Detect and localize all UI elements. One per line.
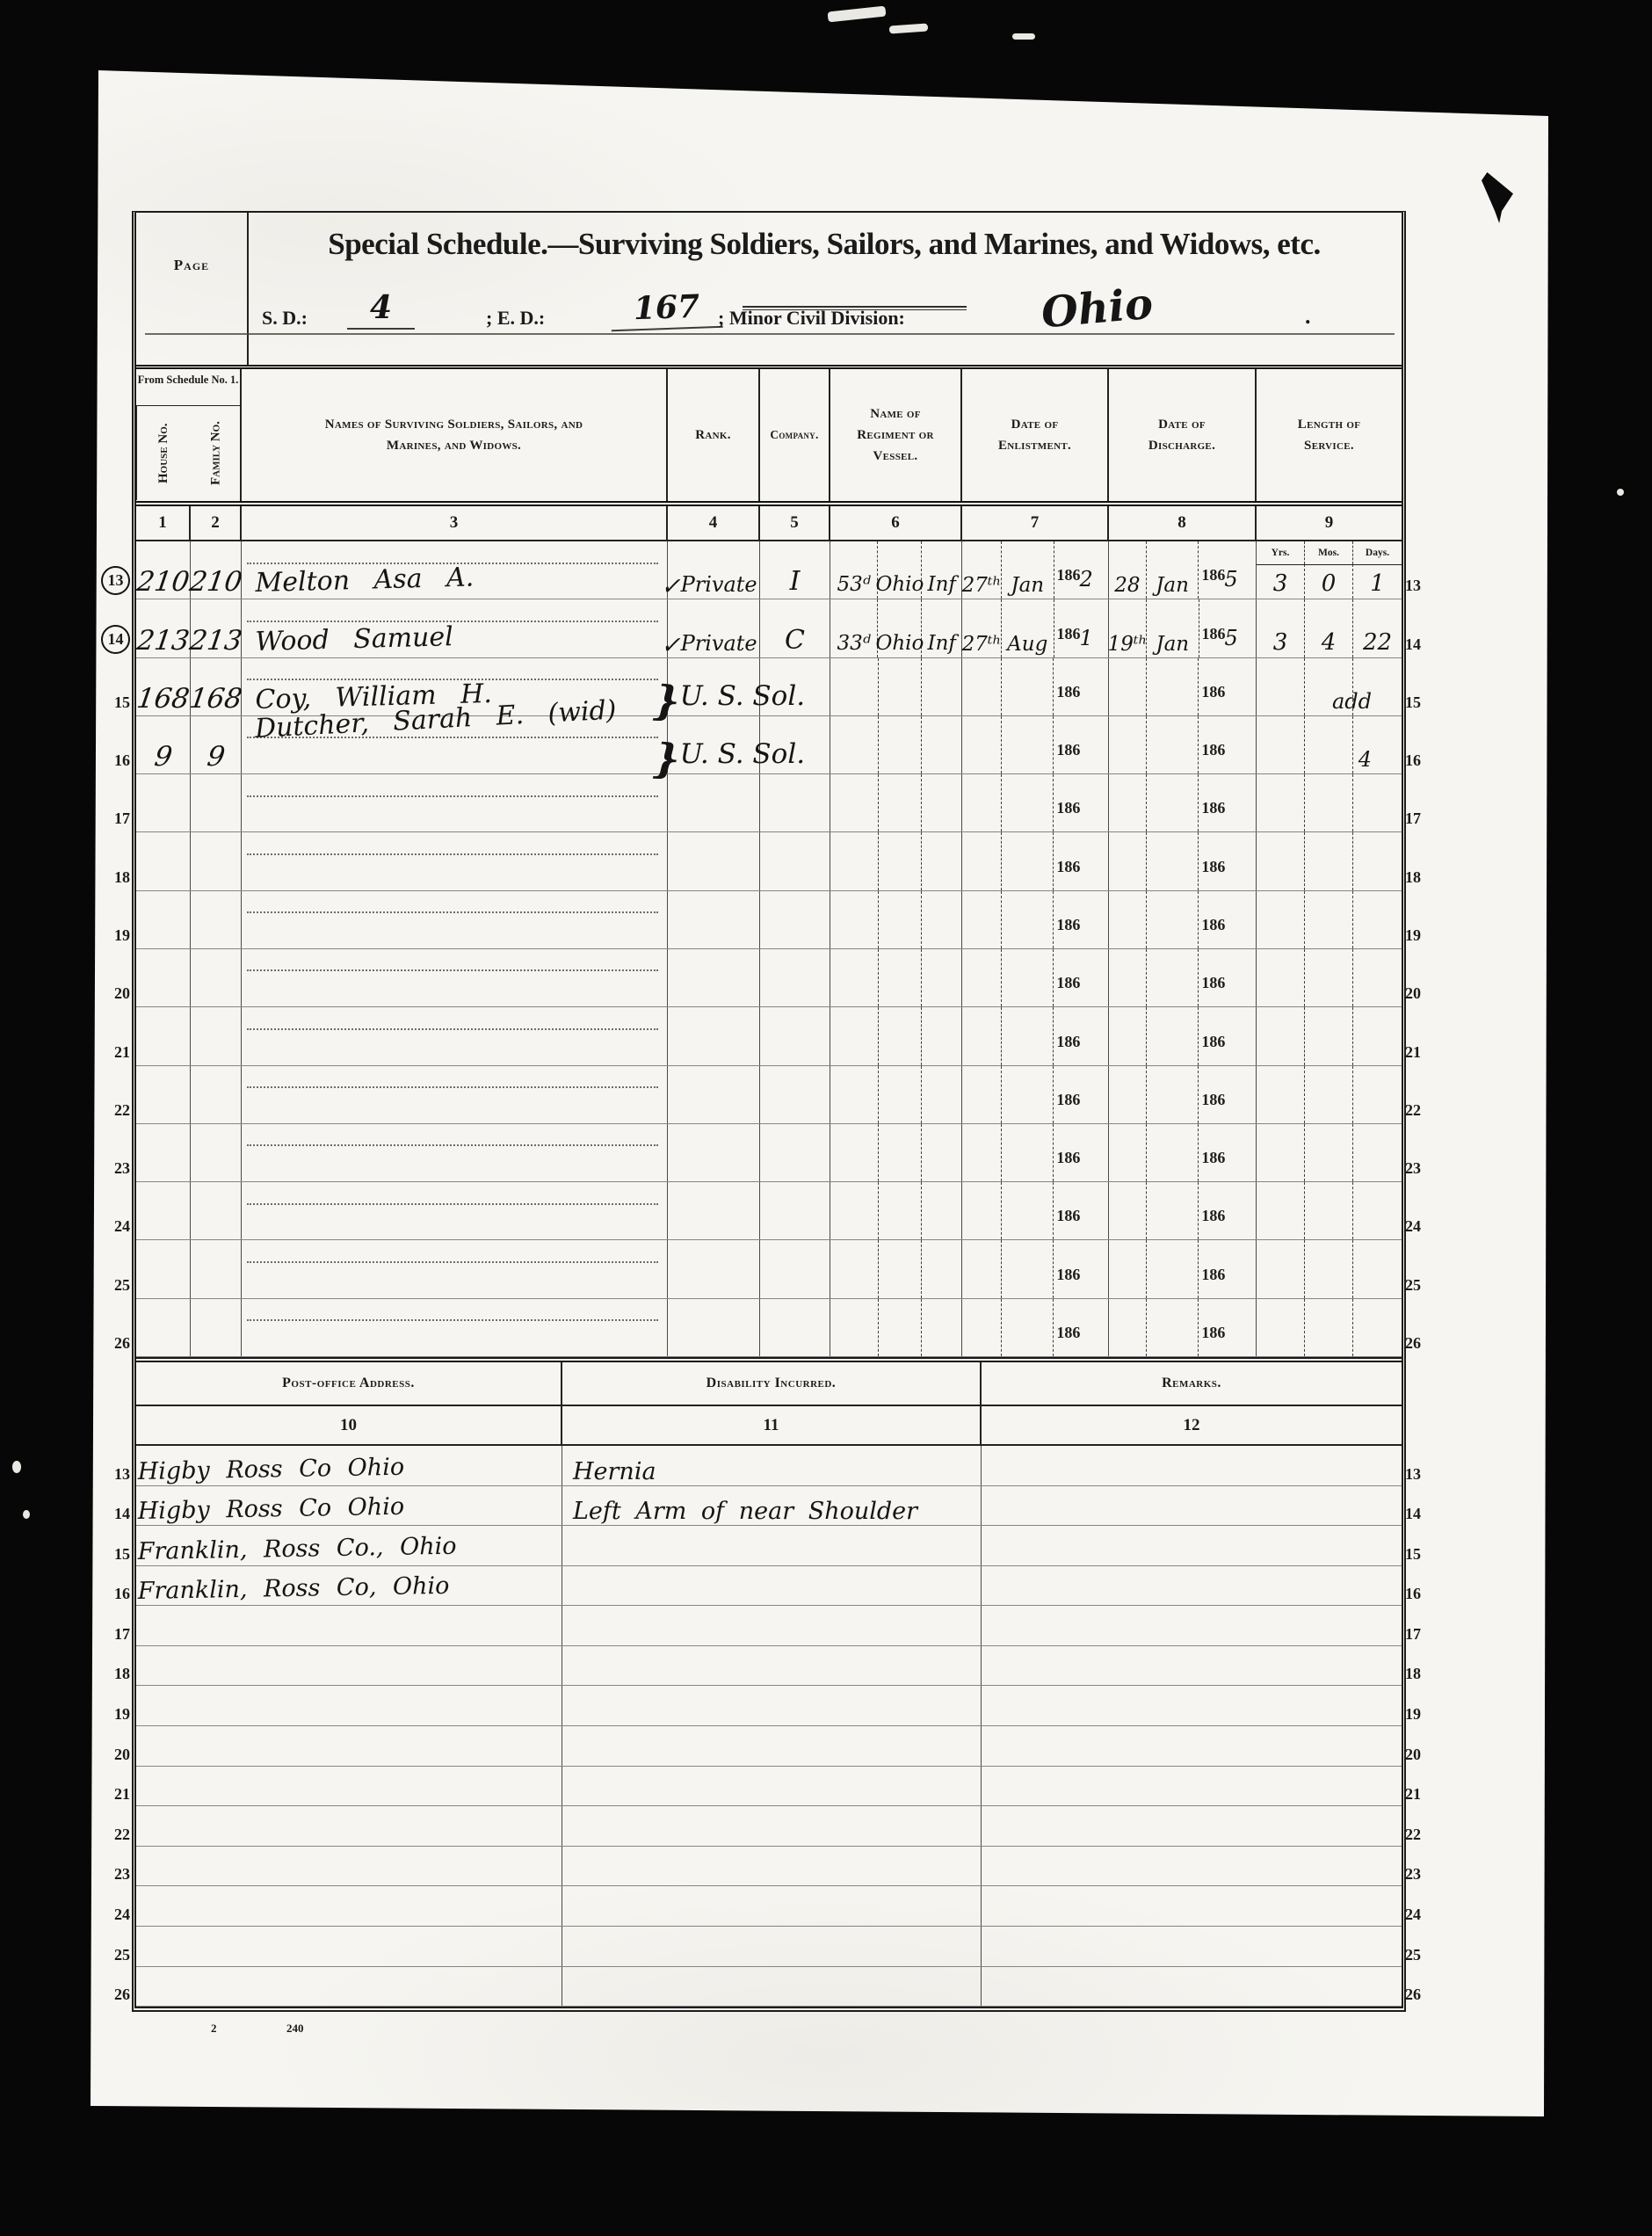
row-number-left: 21 <box>91 1043 130 1062</box>
discharge-month-subcell <box>1147 832 1199 889</box>
regiment-type: Inf <box>928 632 956 657</box>
preprinted-186: 186 <box>1201 916 1225 948</box>
row-number-left: 13 <box>91 566 130 595</box>
preprinted-186: 186 <box>1056 1091 1080 1123</box>
family-no-cell <box>191 1066 242 1123</box>
table-row: 14 213 213 Wood Samuel ✓Private C 33ᵈ Oh… <box>136 599 1402 657</box>
enlist-month-subcell <box>1002 1066 1054 1123</box>
table-row: 26 186 <box>136 1299 1402 1357</box>
name-cell <box>242 949 668 1006</box>
row-number: 22 <box>114 1101 130 1119</box>
name-cell: Wood Samuel <box>242 599 668 657</box>
family-no-value: 210 <box>187 566 243 599</box>
company-cell <box>760 1007 830 1064</box>
enlist-month-subcell: Jan <box>1002 541 1054 599</box>
disability-cell <box>562 1686 982 1725</box>
row-number-right: 13 <box>1405 577 1442 595</box>
family-no-cell <box>191 891 242 948</box>
family-no-cell: 210 <box>191 541 242 599</box>
service-days-subcell <box>1353 1182 1402 1239</box>
house-no-cell <box>136 1240 191 1297</box>
regiment-type-subcell <box>922 1124 961 1181</box>
house-no-cell: 213 <box>136 599 191 657</box>
service-days-subcell <box>1353 1066 1402 1123</box>
enlist-year-subcell: 186 <box>1054 832 1108 889</box>
discharge-date-cell: 186 <box>1109 1240 1257 1297</box>
disability-cell <box>562 1847 982 1886</box>
discharge-day-subcell: 28 <box>1109 541 1147 599</box>
discharge-date-cell: 186 <box>1109 1066 1257 1123</box>
enlist-year-subcell: 186 <box>1054 1066 1108 1123</box>
disability-cell <box>562 1646 982 1686</box>
enlistment-caption-line2: Enlistment. <box>998 435 1071 456</box>
post-office-address-cell <box>136 1646 562 1686</box>
preprinted-186: 186 <box>1201 566 1225 599</box>
row-number-right: 14 <box>1405 1505 1442 1523</box>
row-number-left: 22 <box>91 1826 130 1844</box>
row-number-left: 23 <box>91 1865 130 1884</box>
row-number: 26 <box>114 1334 130 1352</box>
enlistment-date-cell: 186 <box>962 1066 1109 1123</box>
regiment-type-subcell <box>922 1299 961 1356</box>
post-office-address-cell: Higby Ross Co Ohio <box>136 1446 562 1485</box>
enlist-year-subcell: 186 <box>1054 949 1108 1006</box>
regiment-cell <box>830 1124 962 1181</box>
enlist-year-digit: 1 <box>1080 626 1093 657</box>
service-days-subcell <box>1353 774 1402 831</box>
enlist-month-subcell <box>1002 716 1054 773</box>
family-no-cell <box>191 949 242 1006</box>
discharge-day-subcell <box>1109 1182 1147 1239</box>
main-data-grid: Yrs. Mos. Days. 13 210 210 Melton Asa A.… <box>136 541 1402 1362</box>
length-of-service-cell <box>1257 1240 1402 1297</box>
row-number-left: 18 <box>91 868 130 887</box>
column-number-6: 6 <box>830 506 962 540</box>
enlist-day-subcell <box>962 1299 1002 1356</box>
service-years: 3 <box>1273 629 1288 657</box>
regiment-cell <box>830 832 962 889</box>
post-office-address-cell <box>136 1927 562 1966</box>
enlistment-caption-line1: Date of <box>1011 414 1059 435</box>
enlist-day-subcell <box>962 1124 1002 1181</box>
table-row: 17 186 <box>136 774 1402 832</box>
table-row: 20 186 <box>136 949 1402 1007</box>
service-days-subcell <box>1353 949 1402 1006</box>
disability-cell <box>562 1606 982 1645</box>
service-years-subcell <box>1257 949 1305 1006</box>
row-number-left: 14 <box>91 1505 130 1523</box>
enlist-month-subcell <box>1002 1124 1054 1181</box>
rank-cell <box>668 1007 760 1064</box>
row-number-right: 25 <box>1405 1946 1442 1964</box>
remarks-cell <box>982 1526 1402 1565</box>
house-no-cell <box>136 1182 191 1239</box>
service-years-subcell <box>1257 716 1305 773</box>
length-of-service-cell <box>1257 774 1402 831</box>
discharge-year-subcell: 186 <box>1199 1066 1256 1123</box>
name-cell <box>242 832 668 889</box>
column-number-7: 7 <box>962 506 1109 540</box>
regiment-caption-line1: Name of <box>870 403 921 425</box>
veterans-schedule-table: Page Special Schedule.—Surviving Soldier… <box>132 211 1406 2012</box>
bottom-table-row: 23 23 <box>136 1847 1402 1887</box>
company-cell <box>760 832 830 889</box>
family-no-cell <box>191 1124 242 1181</box>
disability-cell <box>562 1886 982 1926</box>
house-no-value: 9 <box>152 741 174 773</box>
preprinted-186: 186 <box>1056 1033 1080 1065</box>
remarks-cell <box>982 1686 1402 1725</box>
row-number-left: 19 <box>91 926 130 945</box>
house-no-cell <box>136 832 191 889</box>
row-number: 16 <box>114 751 130 769</box>
enlist-day-subcell: 27ᵗʰ <box>962 599 1002 657</box>
bottom-table-row: 16 Franklin, Ross Co, Ohio 16 <box>136 1566 1402 1607</box>
enlistment-date-cell: 186 <box>962 1182 1109 1239</box>
discharge-month-subcell <box>1147 716 1199 773</box>
column-header-regiment: Name of Regiment or Vessel. <box>830 369 962 501</box>
regiment-caption-line2: Regiment or Vessel. <box>834 425 957 467</box>
length-caption-line2: Service. <box>1304 435 1354 456</box>
rank-cell: }U. S. Sol. <box>668 716 760 773</box>
film-scratch <box>1012 33 1035 40</box>
discharge-date-cell: 19ᵗʰ Jan 1865 <box>1109 599 1257 657</box>
rank-cell <box>668 1182 760 1239</box>
preprinted-186: 186 <box>1201 799 1225 831</box>
service-years-subcell <box>1257 1299 1305 1356</box>
post-office-address-cell: Franklin, Ross Co, Ohio <box>136 1566 562 1606</box>
post-office-address-cell <box>136 1606 562 1645</box>
service-months-subcell <box>1305 1299 1353 1356</box>
enlist-year-digit: 2 <box>1080 567 1093 599</box>
discharge-month-subcell: Jan <box>1147 599 1199 657</box>
discharge-day-subcell <box>1109 774 1147 831</box>
regiment-number-subcell: 53ᵈ <box>830 541 878 599</box>
regiment-state: Ohio <box>876 632 924 657</box>
enlist-year-subcell: 186 <box>1054 891 1108 948</box>
preprinted-186: 186 <box>1201 683 1225 715</box>
mcd-label: ; Minor Civil Division: <box>718 307 905 330</box>
enlist-month-subcell <box>1002 891 1054 948</box>
row-number-right: 23 <box>1405 1865 1442 1884</box>
discharge-month-subcell <box>1147 658 1199 715</box>
discharge-date-cell: 186 <box>1109 832 1257 889</box>
house-family-group: House No. Family No. <box>136 406 240 500</box>
disability-cell: Hernia <box>562 1446 982 1485</box>
discharge-year-subcell: 186 <box>1199 716 1256 773</box>
service-years-subcell <box>1257 832 1305 889</box>
rank-value: U. S. Sol. <box>680 738 806 773</box>
veteran-name: Melton Asa A. <box>255 563 475 599</box>
preprinted-186: 186 <box>1056 916 1080 948</box>
length-of-service-cell <box>1257 1007 1402 1064</box>
discharge-year-digit: 5 <box>1225 626 1238 657</box>
row-number-right: 19 <box>1405 1705 1442 1724</box>
preprinted-186: 186 <box>1201 858 1225 890</box>
preprinted-186: 186 <box>1201 1266 1225 1298</box>
length-of-service-cell <box>1257 832 1402 889</box>
discharge-year-subcell: 186 <box>1199 1182 1256 1239</box>
post-office-address-cell <box>136 1967 562 2007</box>
enlist-day: 27ᵗʰ <box>962 574 1002 599</box>
enlist-month-subcell: Aug <box>1002 599 1054 657</box>
column-number-2: 2 <box>191 506 242 540</box>
discharge-caption-line2: Discharge. <box>1148 435 1215 456</box>
enlistment-date-cell: 186 <box>962 949 1109 1006</box>
regiment-number: 53ᵈ <box>837 573 870 599</box>
address-value: Higby Ross Co Ohio <box>137 1493 404 1525</box>
regiment-state-subcell <box>879 1124 923 1181</box>
regiment-cell <box>830 774 962 831</box>
discharge-day: 28 <box>1114 574 1140 599</box>
row-number-left: 15 <box>91 693 130 712</box>
veteran-name: Wood Samuel <box>255 621 453 657</box>
column-number-5: 5 <box>760 506 830 540</box>
family-no-cell <box>191 1182 242 1239</box>
regiment-cell <box>830 1182 962 1239</box>
enlist-year-subcell: 186 <box>1054 1299 1108 1356</box>
remarks-cell <box>982 1566 1402 1606</box>
discharge-year-subcell: 186 <box>1199 949 1256 1006</box>
disability-value: Left Arm of near Shoulder <box>573 1498 917 1525</box>
service-days-subcell <box>1353 832 1402 889</box>
preprinted-186: 186 <box>1056 741 1080 773</box>
enlist-year-subcell: 186 <box>1054 658 1108 715</box>
preprinted-186: 186 <box>1202 625 1226 657</box>
discharge-month-subcell <box>1147 1299 1199 1356</box>
row-number-right: 20 <box>1405 984 1442 1003</box>
column-number-1: 1 <box>136 506 191 540</box>
regiment-state-subcell <box>879 774 923 831</box>
regiment-state-subcell: Ohio <box>878 599 922 657</box>
service-months-subcell <box>1305 1240 1353 1297</box>
bottom-number-row: 10 11 12 <box>136 1406 1402 1446</box>
discharge-month-subcell <box>1147 1240 1199 1297</box>
discharge-month-subcell <box>1147 1007 1199 1064</box>
discharge-day-subcell <box>1109 1299 1147 1356</box>
ed-label: ; E. D.: <box>486 307 545 330</box>
row-number-left: 17 <box>91 809 130 828</box>
column-number-10: 10 <box>136 1406 562 1444</box>
remarks-cell <box>982 1927 1402 1966</box>
discharge-day-subcell <box>1109 1124 1147 1181</box>
family-no-value: 9 <box>205 741 227 773</box>
preprinted-186: 186 <box>1056 858 1080 890</box>
regiment-cell <box>830 1007 962 1064</box>
scanned-census-page: { "colors": { "paper": "#f6f5f1", "ink":… <box>0 0 1652 2236</box>
regiment-state-subcell <box>879 891 923 948</box>
enlist-day: 27ᵗʰ <box>962 633 1002 657</box>
table-row: 23 186 <box>136 1124 1402 1182</box>
name-cell <box>242 1007 668 1064</box>
enlistment-date-cell: 27ᵗʰ Jan 1862 <box>962 541 1109 599</box>
bottom-table-row: 24 24 <box>136 1886 1402 1927</box>
table-row: 15 add 168 168 Coy, William H. }U. S. So… <box>136 658 1402 716</box>
table-row: 21 186 <box>136 1007 1402 1065</box>
discharge-day-subcell <box>1109 832 1147 889</box>
service-years-subcell <box>1257 1182 1305 1239</box>
table-row: 25 186 <box>136 1240 1402 1298</box>
row-number-left: 19 <box>91 1705 130 1724</box>
row-number-left: 20 <box>91 984 130 1003</box>
regiment-number-subcell <box>830 1124 879 1181</box>
company-cell <box>760 1066 830 1123</box>
margin-annotation: add <box>1332 689 1372 714</box>
column-header-remarks: Remarks. <box>982 1362 1402 1405</box>
preprinted-186: 186 <box>1056 683 1080 715</box>
discharge-month-subcell <box>1147 1182 1199 1239</box>
regiment-number: 33ᵈ <box>837 632 870 657</box>
preprinted-186: 186 <box>1056 1266 1080 1298</box>
preprinted-186: 186 <box>1201 1324 1225 1356</box>
post-office-address-cell: Franklin, Ross Co., Ohio <box>136 1526 562 1565</box>
column-header-enlistment: Date of Enlistment. <box>962 369 1109 501</box>
remarks-cell <box>982 1806 1402 1846</box>
name-cell <box>242 1066 668 1123</box>
enlist-day-subcell <box>962 949 1002 1006</box>
company-cell: I <box>760 541 830 599</box>
address-value: Higby Ross Co Ohio <box>137 1453 404 1485</box>
discharge-year-subcell: 186 <box>1199 1007 1256 1064</box>
row-number-left: 21 <box>91 1785 130 1804</box>
row-number-right: 18 <box>1405 868 1442 887</box>
service-days-subcell: 22 <box>1353 599 1402 657</box>
post-office-address-cell <box>136 1726 562 1766</box>
row-number-right: 21 <box>1405 1785 1442 1804</box>
remarks-cell <box>982 1726 1402 1766</box>
regiment-number-subcell <box>830 716 879 773</box>
preprinted-186: 186 <box>1056 1207 1080 1239</box>
row-number-right: 26 <box>1405 1334 1442 1353</box>
sd-label: S. D.: <box>262 307 308 330</box>
enlist-day-subcell <box>962 774 1002 831</box>
company-cell <box>760 774 830 831</box>
company-cell <box>760 1182 830 1239</box>
preprinted-186: 186 <box>1201 1149 1225 1181</box>
row-number-right: 21 <box>1405 1043 1442 1062</box>
house-no-cell <box>136 1299 191 1356</box>
service-years-subcell <box>1257 658 1305 715</box>
service-days-subcell <box>1353 1240 1402 1297</box>
film-scratch <box>828 6 887 23</box>
regiment-state-subcell <box>879 1240 923 1297</box>
row-number: 19 <box>114 926 130 944</box>
row-number: 15 <box>114 693 130 711</box>
family-no-cell <box>191 1240 242 1297</box>
enlist-day-subcell <box>962 1182 1002 1239</box>
bottom-table-row: 13 Higby Ross Co Ohio Hernia 13 <box>136 1446 1402 1486</box>
preprinted-186: 186 <box>1201 974 1225 1006</box>
column-header-rank: Rank. <box>668 369 760 501</box>
row-number-right: 19 <box>1405 926 1442 945</box>
row-number: 13 <box>101 566 130 595</box>
from-schedule-group: From Schedule No. 1. House No. Family No… <box>136 369 242 501</box>
film-speck <box>12 1461 21 1473</box>
row-number-right: 13 <box>1405 1465 1442 1484</box>
ed-value: 167 <box>610 287 723 331</box>
discharge-month-subcell <box>1147 1124 1199 1181</box>
regiment-type-subcell <box>922 949 961 1006</box>
row-number-left: 14 <box>91 625 130 654</box>
family-no-cell <box>191 1299 242 1356</box>
enlistment-date-cell: 186 <box>962 1124 1109 1181</box>
column-number-8: 8 <box>1109 506 1257 540</box>
regiment-state-subcell <box>879 1066 923 1123</box>
enlist-year-subcell: 186 <box>1054 1240 1108 1297</box>
house-no-cell <box>136 774 191 831</box>
bottom-header-band: Post-office Address. Disability Incurred… <box>136 1362 1402 1406</box>
column-number-12: 12 <box>982 1406 1402 1444</box>
enlistment-date-cell: 27ᵗʰ Aug 1861 <box>962 599 1109 657</box>
length-subheader: Yrs. Mos. Days. <box>1257 541 1402 565</box>
enlist-year-subcell: 186 <box>1054 1182 1108 1239</box>
regiment-type-subcell <box>922 716 961 773</box>
post-office-address-cell <box>136 1886 562 1926</box>
regiment-cell <box>830 1066 962 1123</box>
discharge-year-subcell: 186 <box>1199 1240 1256 1297</box>
discharge-month: Jan <box>1156 574 1189 599</box>
regiment-type-subcell <box>922 891 961 948</box>
enlist-month-subcell <box>1002 949 1054 1006</box>
discharge-year-subcell: 186 <box>1199 774 1256 831</box>
rank-cell <box>668 1124 760 1181</box>
service-days-subcell <box>1353 1124 1402 1181</box>
length-of-service-cell <box>1257 1182 1402 1239</box>
regiment-type-subcell <box>922 1066 961 1123</box>
row-number-left: 26 <box>91 1334 130 1353</box>
enlist-day-subcell <box>962 891 1002 948</box>
regiment-type-subcell: Inf <box>922 599 961 657</box>
preprinted-186: 186 <box>1056 799 1080 831</box>
discharge-date-cell: 186 <box>1109 1007 1257 1064</box>
regiment-number-subcell <box>830 1299 879 1356</box>
enlist-month-subcell <box>1002 658 1054 715</box>
enlist-day-subcell <box>962 716 1002 773</box>
row-number-left: 24 <box>91 1906 130 1924</box>
length-of-service-cell: 3 4 22 <box>1257 599 1402 657</box>
regiment-state: Ohio <box>876 573 924 599</box>
family-no-value: 213 <box>187 625 243 657</box>
service-days-subcell <box>1353 1299 1402 1356</box>
discharge-year-subcell: 1865 <box>1199 599 1256 657</box>
regiment-cell <box>830 949 962 1006</box>
company-cell <box>760 949 830 1006</box>
rank-value: U. S. Sol. <box>680 680 806 715</box>
service-months-subcell <box>1305 1124 1353 1181</box>
regiment-type-subcell <box>922 1007 961 1064</box>
remarks-cell <box>982 1767 1402 1806</box>
rank-cell: ✓Private <box>668 541 760 599</box>
discharge-year-subcell: 186 <box>1199 658 1256 715</box>
post-office-address-cell: Higby Ross Co Ohio <box>136 1486 562 1526</box>
company-cell <box>760 1240 830 1297</box>
row-number-left: 17 <box>91 1625 130 1644</box>
regiment-type-subcell <box>922 1182 961 1239</box>
enlistment-date-cell: 186 <box>962 1299 1109 1356</box>
film-speck <box>1617 489 1624 496</box>
row-number-right: 16 <box>1405 751 1442 770</box>
rank-cell <box>668 891 760 948</box>
enlistment-date-cell: 186 <box>962 716 1109 773</box>
bottom-table-row: 25 25 <box>136 1927 1402 1967</box>
preprinted-186: 186 <box>1057 566 1081 599</box>
remarks-cell <box>982 1967 1402 2007</box>
service-months-subcell <box>1305 1066 1353 1123</box>
name-cell <box>242 1299 668 1356</box>
regiment-type-subcell <box>922 832 961 889</box>
yrs-label: Yrs. <box>1257 541 1305 564</box>
bottom-table-row: 22 22 <box>136 1806 1402 1847</box>
